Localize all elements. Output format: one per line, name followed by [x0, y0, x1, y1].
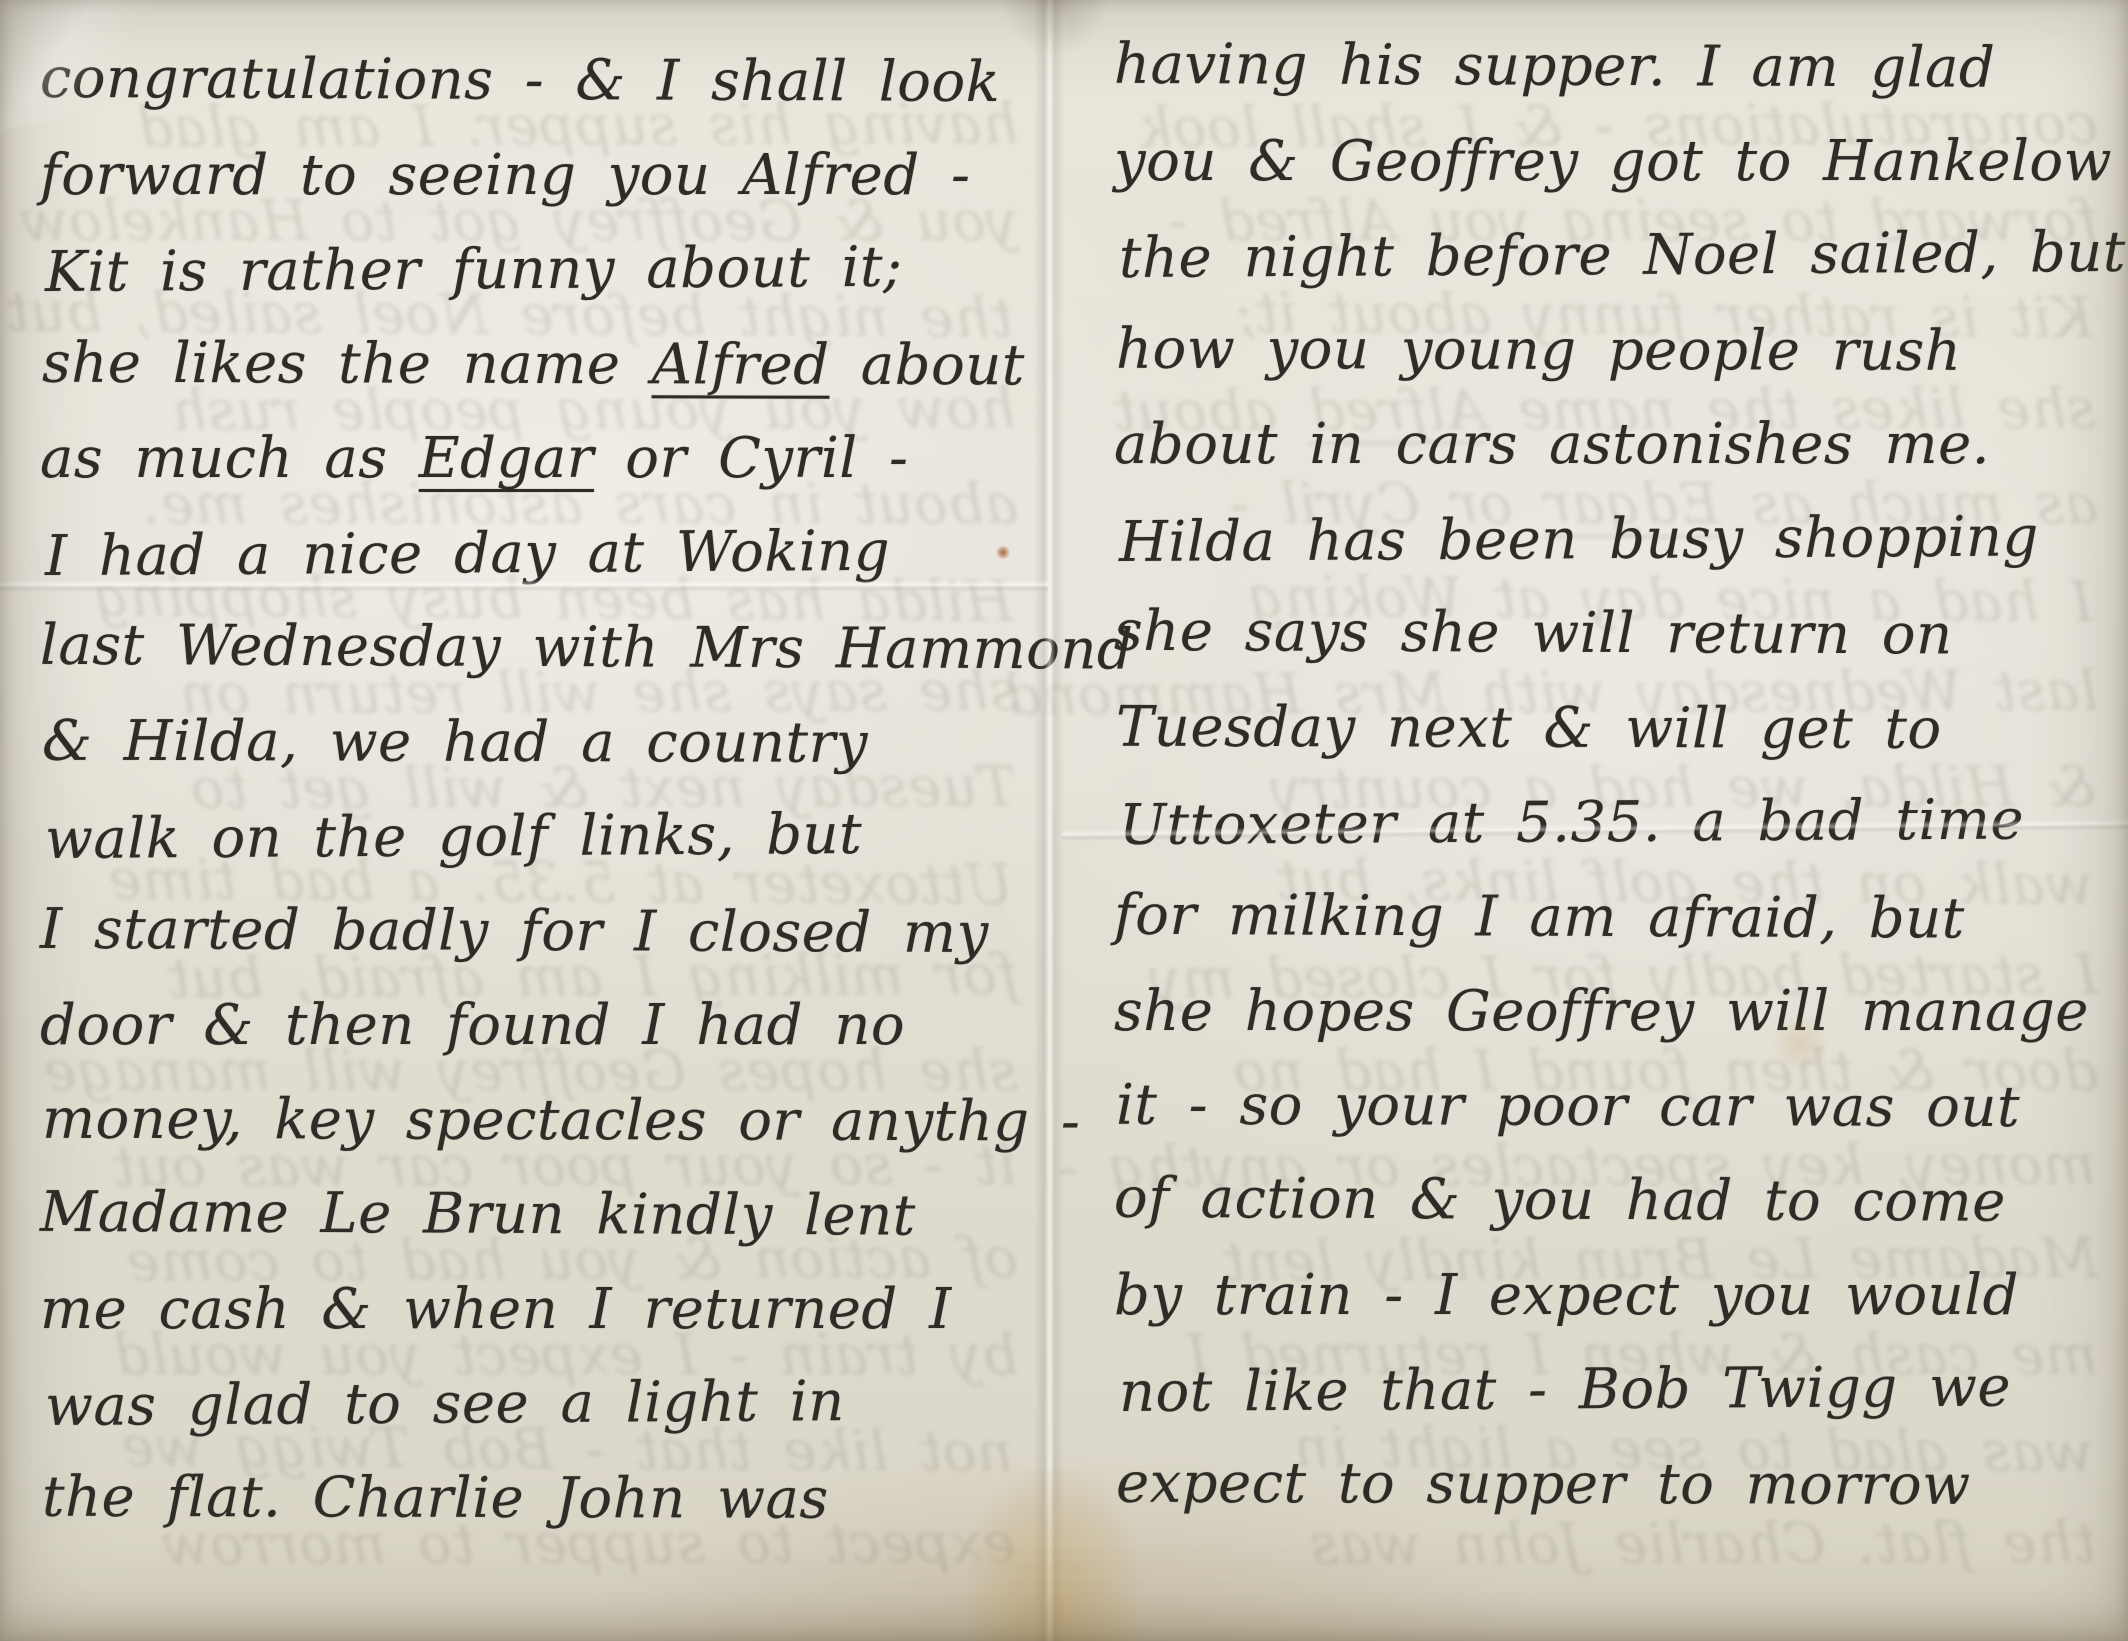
letter-line: by train - I expect you would	[1114, 1249, 2120, 1344]
top-fold-shadow	[1000, 0, 1110, 56]
letter-line: of action & you had to come	[1114, 1152, 2120, 1251]
letter-line: not like that - Bob Twigg we	[1119, 1340, 2126, 1441]
letter-line: forward to seeing you Alfred -	[40, 129, 1040, 224]
rust-spot	[995, 546, 1011, 559]
letter-line: she says she will return on	[1114, 585, 2120, 684]
letter-line: for milking I am afraid, but	[1114, 868, 2120, 967]
letter-line: about in cars astonishes me.	[1114, 398, 2120, 493]
letter-line: last Wednesday with Mrs Hammond	[40, 599, 1040, 698]
letter-line: walk on the golf links, but	[45, 787, 1046, 888]
letter-line: Tuesday next & will get to	[1116, 680, 2122, 777]
letter-line: having his supper. I am glad	[1114, 18, 2120, 117]
letter-line: you & Geoffrey got to Hankelow	[1114, 115, 2120, 210]
letter-line: Madame Le Brun kindly lent	[40, 1166, 1040, 1265]
letter-line: Hilda has been busy shopping	[1119, 489, 2126, 590]
letter-line: money, key spectacles or anythg -	[42, 1072, 1042, 1169]
center-fold-crease	[1034, 0, 1064, 1641]
letter-line: I started badly for I closed my	[40, 882, 1040, 981]
letter-line: how you young people rush	[1116, 302, 2122, 399]
letter-line: door & then found I had no	[40, 979, 1040, 1074]
handwritten-text-left: congratulations - & I shall lookforward …	[0, 0, 1048, 1641]
bottom-fold-stain	[968, 1470, 1138, 1641]
tan-stain	[1768, 1018, 1832, 1070]
letter-line: it - so your poor car was out	[1116, 1058, 2122, 1155]
letter-page-left: having his supper. I am gladyou & Geoffr…	[0, 0, 1048, 1641]
letter-line: was glad to see a light in	[45, 1354, 1046, 1455]
letter-line: as much as Edgar or Cyril -	[40, 412, 1040, 507]
letter-line: she likes the name Alfred about	[42, 316, 1042, 413]
letter-line: the flat. Charlie John was	[42, 1450, 1042, 1547]
letter-line: she hopes Geoffrey will manage	[1114, 965, 2120, 1060]
letter-line: expect to supper to morrow	[1116, 1436, 2122, 1533]
letter-line: me cash & when I returned I	[40, 1263, 1040, 1358]
letter-line: the night before Noel sailed, but	[1119, 206, 2126, 307]
letter-scan: having his supper. I am gladyou & Geoffr…	[0, 0, 2128, 1641]
letter-line: & Hilda, we had a country	[42, 694, 1042, 791]
horizontal-crease-left	[0, 580, 1048, 592]
letter-line: Kit is rather funny about it;	[45, 220, 1046, 321]
